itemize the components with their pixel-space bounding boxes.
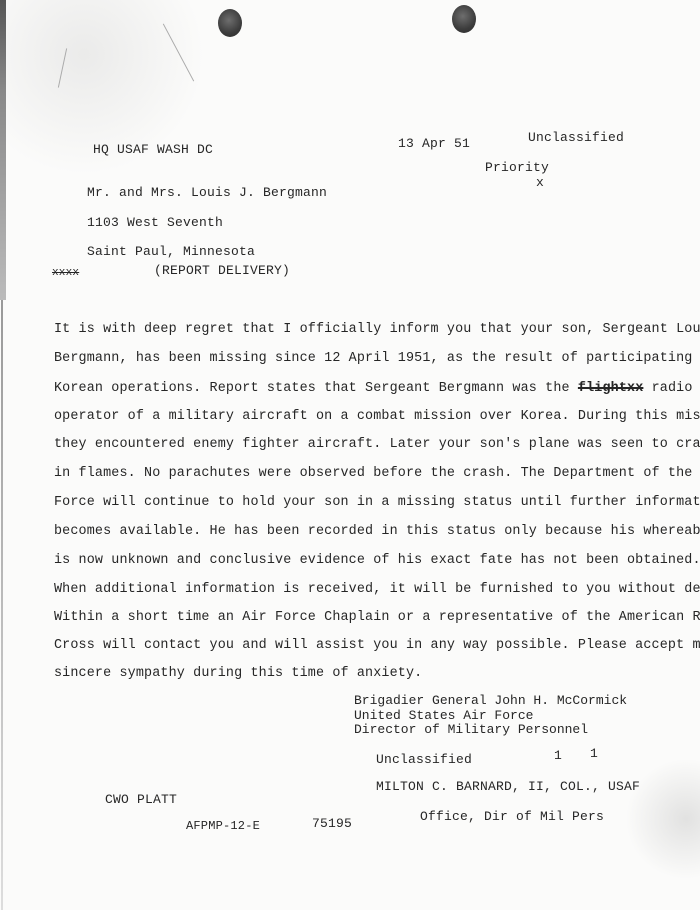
paper-crease [163, 24, 194, 82]
drafter: CWO PLATT [105, 792, 177, 807]
addressee-name: Mr. and Mrs. Louis J. Bergmann [87, 185, 327, 200]
precedence-label: Priority [485, 160, 549, 175]
body-line: Korean operations. Report states that Se… [54, 381, 693, 396]
paper-crease [58, 48, 67, 87]
struck-word: flightxx [578, 381, 644, 396]
body-line: When additional information is received,… [54, 582, 700, 597]
body-line: is now unknown and conclusive evidence o… [54, 553, 700, 568]
body-line: Cross will contact you and will assist y… [54, 638, 700, 653]
precedence-mark: x [536, 175, 544, 190]
body-line: operator of a military aircraft on a com… [54, 409, 700, 424]
body-line: they encountered enemy fighter aircraft.… [54, 437, 700, 452]
page-edge-shadow [0, 0, 6, 300]
extension: 75195 [312, 816, 352, 831]
body-line-text: radio [643, 381, 692, 396]
body-line: becomes available. He has been recorded … [54, 524, 700, 539]
page-mark: 1 [590, 746, 598, 761]
signer-name: Brigadier General John H. McCormick [354, 694, 627, 708]
body-line: It is with deep regret that I officially… [54, 322, 700, 337]
signer-service: United States Air Force [354, 709, 533, 723]
office-line: Office, Dir of Mil Pers [420, 809, 604, 824]
delivery-instruction: (REPORT DELIVERY) [154, 263, 290, 278]
classification-bottom: Unclassified [376, 752, 472, 767]
office-symbol: AFPMP-12-E [186, 819, 260, 833]
body-line-text: Korean operations. Report states that Se… [54, 381, 578, 396]
page-edge-line [1, 300, 3, 910]
punch-hole-icon [452, 5, 476, 33]
body-line: Force will continue to hold your son in … [54, 495, 700, 510]
date-line: 13 Apr 51 [398, 136, 470, 151]
addressee-street: 1103 West Seventh [87, 215, 223, 230]
document-page: HQ USAF WASH DC 13 Apr 51 Unclassified P… [0, 0, 700, 910]
signer-title: Director of Military Personnel [354, 723, 588, 737]
body-line: Within a short time an Air Force Chaplai… [54, 610, 700, 625]
body-line: Bergmann, has been missing since 12 Apri… [54, 351, 700, 366]
body-line: in flames. No parachutes were observed b… [54, 466, 700, 481]
page-mark: 1 [554, 748, 562, 763]
struck-code: xxxx [52, 267, 79, 279]
body-line: sincere sympathy during this time of anx… [54, 666, 422, 681]
punch-hole-icon [218, 9, 242, 37]
classification-top: Unclassified [528, 130, 624, 145]
origin-line: HQ USAF WASH DC [93, 142, 213, 157]
addressee-city: Saint Paul, Minnesota [87, 244, 255, 259]
authenticator: MILTON C. BARNARD, II, COL., USAF [376, 779, 640, 794]
